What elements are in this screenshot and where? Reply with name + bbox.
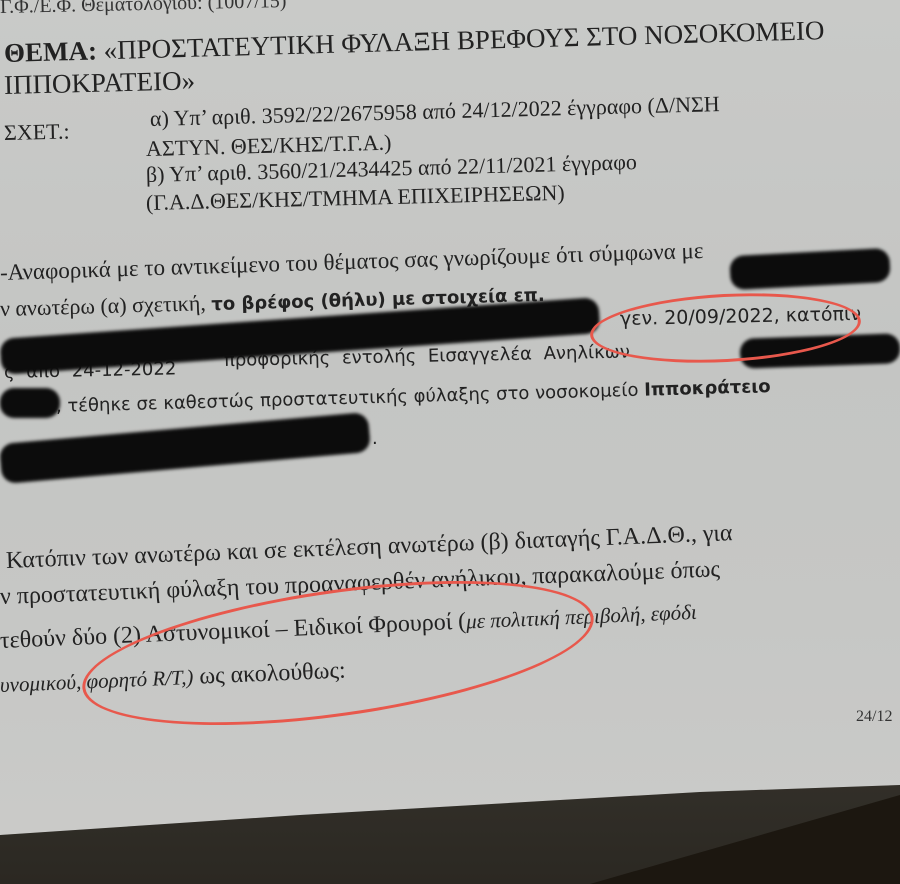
subject-text: «ΠΡΟΣΤΑΤΕΥΤΙΚΗ ΦΥΛΑΞΗ ΒΡΕΦΟΥΣ ΣΤΟ ΝΟΣΟΚΟ… <box>103 15 825 65</box>
p1-l5-bold: Ιπποκράτειο <box>644 376 771 401</box>
reference-label: ΣΧΕΤ.: <box>4 119 70 146</box>
paragraph1-line1: -Αναφορικά με το αντικείμενο του θέματος… <box>0 238 704 286</box>
subject-line: ΘΕΜΑ: «ΠΡΟΣΤΑΤΕΥΤΙΚΗ ΦΥΛΑΞΗ ΒΡΕΦΟΥΣ ΣΤΟ … <box>4 15 825 69</box>
p1-l5-normal: , τέθηκε σε καθεστώς προστατευτικής φύλα… <box>56 380 639 417</box>
redaction-mark <box>0 412 371 484</box>
footer-date: 24/12 <box>856 708 892 726</box>
reference-a-line1: α) Υπ’ αριθ. 3592/22/2675958 από 24/12/2… <box>150 91 720 132</box>
subject-label: ΘΕΜΑ: <box>4 35 98 68</box>
paragraph1-line5: , τέθηκε σε καθεστώς προστατευτικής φύλα… <box>56 376 771 417</box>
paragraph1-line6: . <box>372 428 378 449</box>
document-page: Γ.Φ./Ε.Φ. Θεματολογίου: (1007/15) ΘΕΜΑ: … <box>0 0 900 884</box>
header-reference: Γ.Φ./Ε.Φ. Θεματολογίου: (1007/15) <box>0 0 287 19</box>
subject-line-2: ΙΠΠΟΚΡΑΤΕΙΟ» <box>4 65 196 101</box>
p1-l2-normal: ν ανωτέρω (α) σχετική, <box>0 290 206 321</box>
redaction-mark <box>0 388 60 418</box>
redaction-mark <box>729 248 891 290</box>
